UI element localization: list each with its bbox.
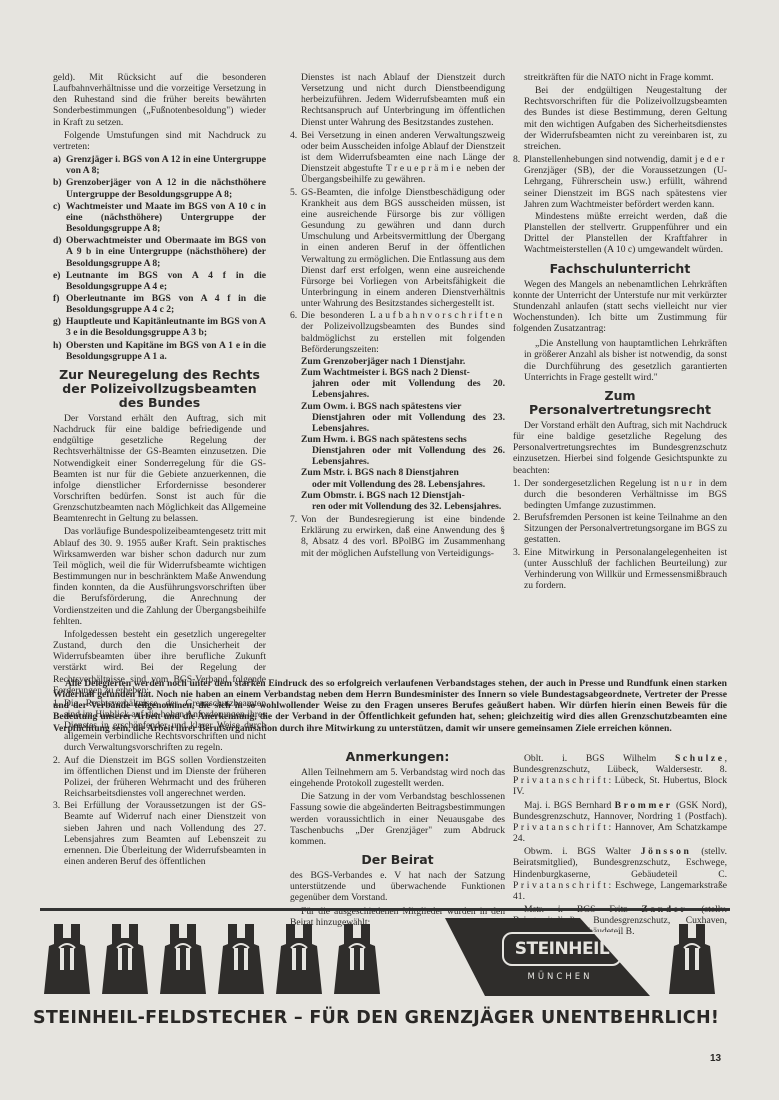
promotion-schedule: Zum Grenzoberjäger nach 1 Dienstjahr. Zu… [301, 356, 505, 512]
paragraph: Der Vorstand erhält den Auftrag, sich mi… [513, 420, 727, 476]
promotion-item: Zum Obmstr. i. BGS nach 12 Dienstjah-ren… [301, 490, 505, 512]
list-item: c)Wachtmeister und Maate im BGS von A 10… [53, 201, 266, 234]
column-3: streitkräften für die NATO nicht in Frag… [513, 72, 727, 592]
list-item: 3.Eine Mitwirkung in Personalangelegenhe… [513, 547, 727, 592]
member-entry: Oblt. i. BGS Wilhelm Schulze, Bundesgren… [513, 753, 727, 798]
list-item: h)Obersten und Kapitäne im BGS von A 1 e… [53, 340, 266, 362]
member-entry: Obwm. i. BGS Walter Jönsson (stellv. Bei… [513, 846, 727, 902]
list-item: 5. GS-Beamten, die infolge Dienstbeschäd… [290, 187, 505, 310]
spaced-emphasis: Treueprämie [386, 163, 463, 174]
brand-city: MÜNCHEN [502, 972, 618, 982]
section-heading-neuregelung: Zur Neuregelung des Rechts der Polizeivo… [53, 368, 266, 410]
binoculars-icon [214, 918, 268, 994]
section-heading-beirat: Der Beirat [290, 853, 505, 867]
spaced-emphasis: Laufbahnvorschriften [370, 310, 505, 321]
lead-paragraph: Folgende Umstufungen sind mit Nachdruck … [53, 130, 266, 152]
list-item: 4. Bei Versetzung in einen anderen Verwa… [290, 130, 505, 186]
list-item: a)Grenzjäger i. BGS von A 12 in eine Unt… [53, 154, 266, 176]
steinheil-advertisement: STEINHEIL MÜNCHEN [40, 918, 730, 1010]
paragraph: Der Vorstand erhält den Auftrag, sich mi… [53, 413, 266, 525]
list-item: 7. Von der Bundesregierung ist eine bind… [290, 514, 505, 559]
list-item: 2.Berufsfremden Personen ist keine Teiln… [513, 512, 727, 545]
column-1: geld). Mit Rücksicht auf die besonderen … [53, 72, 266, 868]
section-heading-personalvertretungsrecht: Zum Personalvertretungsrecht [513, 389, 727, 417]
promotion-item: Zum Grenzoberjäger nach 1 Dienstjahr. [301, 356, 505, 367]
continued-paragraph: streitkräften für die NATO nicht in Frag… [513, 72, 727, 83]
pv-list: 1.Der sondergesetzlichen Regelung ist nu… [513, 478, 727, 592]
binoculars-icon [330, 918, 384, 994]
closing-statement: Alle Delegierten werden noch unter dem s… [53, 678, 727, 734]
section-heading-fachschulunterricht: Fachschulunterricht [513, 262, 727, 276]
paragraph: Allen Teilnehmern am 5. Verbandstag wird… [290, 767, 505, 789]
binoculars-icon [665, 918, 719, 994]
binoculars-icon [40, 918, 94, 994]
member-entry: Maj. i. BGS Bernhard Brommer (GSK Nord),… [513, 800, 727, 845]
column-2: Dienstes ist nach Ablauf der Dienstzeit … [290, 72, 505, 560]
binoculars-icon [272, 918, 326, 994]
paragraph: Wegen des Mangels an nebenamtlichen Lehr… [513, 279, 727, 335]
list-item: 2.Auf die Dienstzeit im BGS sollen Vordi… [53, 755, 266, 800]
list-item: e)Leutnante im BGS von A 4 f in die Beso… [53, 270, 266, 292]
list-item: 8. Planstellenhebungen sind notwendig, d… [513, 154, 727, 210]
continued-paragraph: Dienstes ist nach Ablauf der Dienstzeit … [290, 72, 505, 128]
list-item: 6. Die besonderen Laufbahnvorschriften d… [290, 310, 505, 355]
promotion-item: Zum Wachtmeister i. BGS nach 2 Dienst-ja… [301, 367, 505, 400]
steinheil-logo: STEINHEIL [502, 932, 622, 966]
list-item: 3.Bei Erfüllung der Voraussetzungen ist … [53, 800, 266, 867]
page-number: 13 [710, 1053, 721, 1064]
list-item: d)Oberwachtmeister und Obermaate im BGS … [53, 235, 266, 268]
list-item: g)Hauptleute und Kapitänleutnante im BGS… [53, 316, 266, 338]
ad-slogan: STEINHEIL-FELDSTECHER – FÜR DEN GRENZJÄG… [33, 1008, 743, 1028]
promotion-item: Zum Hwm. i. BGS nach spätestens sechsDie… [301, 434, 505, 467]
paragraph: Bei der endgültigen Neugestaltung der Re… [513, 85, 727, 152]
promotion-item: Zum Owm. i. BGS nach spätestens vierDien… [301, 401, 505, 434]
binoculars-icon [156, 918, 210, 994]
quote-paragraph: „Die Anstellung von hauptamtlichen Lehrk… [513, 338, 727, 383]
members-list: Oblt. i. BGS Wilhelm Schulze, Bundesgren… [513, 753, 727, 940]
list-item: 1.Der sondergesetzlichen Regelung ist nu… [513, 478, 727, 511]
reclassification-list: a)Grenzjäger i. BGS von A 12 in eine Unt… [53, 154, 266, 362]
section-heading-anmerkungen: Anmerkungen: [290, 750, 505, 764]
spaced-emphasis: jeder [695, 154, 727, 165]
divider-rule [40, 908, 730, 911]
magazine-page: geld). Mit Rücksicht auf die besonderen … [0, 0, 779, 1100]
promotion-item: Zum Mstr. i. BGS nach 8 Dienstjahrenoder… [301, 467, 505, 489]
binoculars-icon [98, 918, 152, 994]
paragraph: des BGS-Verbandes e. V hat nach der Satz… [290, 870, 505, 903]
intro-paragraph: geld). Mit Rücksicht auf die besonderen … [53, 72, 266, 128]
list-item: b)Grenzoberjäger von A 12 in die nächsth… [53, 177, 266, 199]
paragraph: Die Satzung in der vom Verbandstag besch… [290, 791, 505, 847]
paragraph: Mindestens müßte erreicht werden, daß di… [513, 211, 727, 256]
notes-section: Anmerkungen: Allen Teilnehmern am 5. Ver… [290, 750, 505, 930]
paragraph: Das vorläufige Bundespolizeibeamtengeset… [53, 526, 266, 626]
list-item: f)Oberleutnante im BGS von A 4 f in die … [53, 293, 266, 315]
